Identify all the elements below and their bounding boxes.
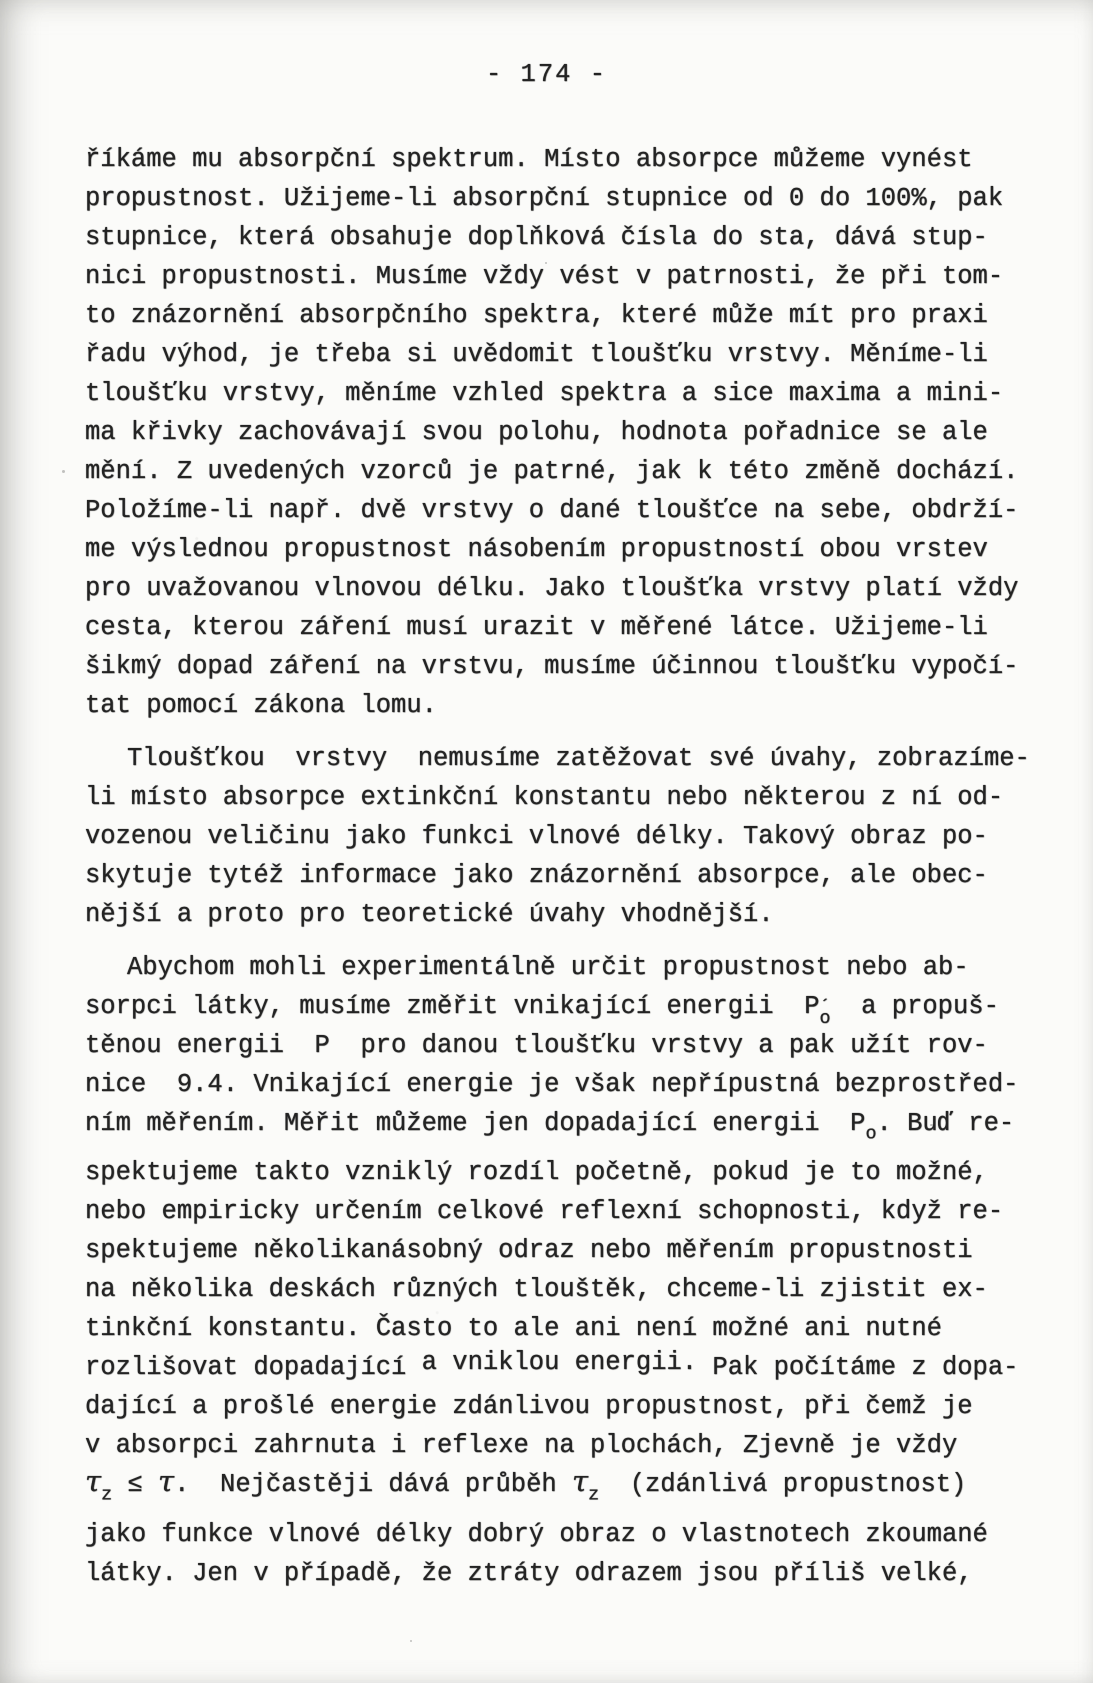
text-line: pro uvažovanou vlnovou délku. Jako tlouš… [85,569,1025,608]
text-line: Abychom mohli experimentálně určit propu… [85,948,1025,987]
text-line: ním měřením. Měřit můžeme jen dopadající… [85,1104,1025,1153]
text-segment: Pak počítáme z dopa- [697,1353,1018,1382]
text-line: dající a prošlé energie zdánlivou propus… [85,1387,1025,1426]
paragraph: říkáme mu absorpční spektrum. Místo abso… [85,140,1025,725]
text-segment-raised: a vniklou energii. [406,1348,697,1377]
text-line: nebo empiricky určením celkové reflexní … [85,1192,1025,1231]
text-line: sorpci látky, musíme změřit vnikající en… [85,987,1025,1026]
text-line: říkáme mu absorpční spektrum. Místo abso… [85,140,1025,179]
text-segment: ním měřením. Měřit můžeme jen dopadající… [85,1109,865,1138]
text-segment-tau: τ [572,1464,588,1498]
text-line: řadu výhod, je třeba si uvědomit tloušťk… [85,335,1025,374]
text-line: tat pomocí zákona lomu. [85,686,1025,725]
text-line: rozlišovat dopadající a vniklou energii.… [85,1348,1025,1387]
scan-speck [62,470,65,473]
text-segment-tau: τ [158,1464,174,1498]
text-line: me výslednou propustnost násobením propu… [85,530,1025,569]
text-line: šikmý dopad záření na vrstvu, musíme úči… [85,647,1025,686]
text-line: vozenou veličinu jako funkci vlnové délk… [85,817,1025,856]
text-line: spektujeme několikanásobný odraz nebo mě… [85,1231,1025,1270]
text-line: stupnice, která obsahuje doplňková čísla… [85,218,1025,257]
text-line: skytuje tytéž informace jako znázornění … [85,856,1025,895]
text-segment-sub: z [588,1485,599,1506]
paragraph: Abychom mohli experimentálně určit propu… [85,948,1025,1593]
document-body: říkáme mu absorpční spektrum. Místo abso… [85,140,1025,1593]
text-line: spektujeme takto vzniklý rozdíl početně,… [85,1153,1025,1192]
stacked-symbol: ´o [820,1002,831,1025]
text-segment-tau: τ [85,1464,101,1498]
scanned-document-page: - 174 - říkáme mu absorpční spektrum. Mí… [0,0,1093,1683]
text-line: tloušťku vrstvy, měníme vzhled spektra a… [85,374,1025,413]
text-line: τz ≤ τ. Nejčastěji dává průběh τz (zdánl… [85,1465,1025,1514]
text-line: těnou energii P pro danou tloušťku vrstv… [85,1026,1025,1065]
text-line: ma křivky zachovávají svou polohu, hodno… [85,413,1025,452]
text-line: tinkční konstantu. Často to ale ani není… [85,1309,1025,1348]
page-number: - 174 - [0,60,1093,89]
text-line: mění. Z uvedených vzorců je patrné, jak … [85,452,1025,491]
text-segment: rozlišovat dopadající [85,1353,406,1382]
text-segment: a propuš- [831,992,999,1021]
text-line: jako funkce vlnové délky dobrý obraz o v… [85,1515,1025,1554]
text-line: propustnost. Užijeme-li absorpční stupni… [85,179,1025,218]
paragraph: Tloušťkou vrstvy nemusíme zatěžovat své … [85,739,1025,934]
text-line: v absorpci zahrnuta i reflexe na plochác… [85,1426,1025,1465]
text-line: nice 9.4. Vnikající energie je však nepř… [85,1065,1025,1104]
text-line: cesta, kterou záření musí urazit v měřen… [85,608,1025,647]
text-segment: . Nejčastěji dává průběh [174,1470,572,1499]
text-line: Položíme-li např. dvě vrstvy o dané tlou… [85,491,1025,530]
text-line: li místo absorpce extinkční konstantu ne… [85,778,1025,817]
text-segment: sorpci látky, musíme změřit vnikající en… [85,992,820,1021]
text-line: nici propustnosti. Musíme vždy vést v pa… [85,257,1025,296]
scan-speck [410,1640,412,1642]
text-line: na několika deskách různých tlouštěk, ch… [85,1270,1025,1309]
text-line: látky. Jen v případě, že ztráty odrazem … [85,1554,1025,1593]
text-line: to znázornění absorpčního spektra, které… [85,296,1025,335]
text-line: nější a proto pro teoretické úvahy vhodn… [85,895,1025,934]
text-segment: . Buď re- [876,1109,1014,1138]
text-segment-sub: z [101,1485,112,1506]
text-segment: ≤ [112,1470,158,1499]
text-line: Tloušťkou vrstvy nemusíme zatěžovat své … [85,739,1025,778]
text-segment: (zdánlivá propustnost) [599,1470,966,1499]
text-segment-sub: o [865,1123,876,1144]
